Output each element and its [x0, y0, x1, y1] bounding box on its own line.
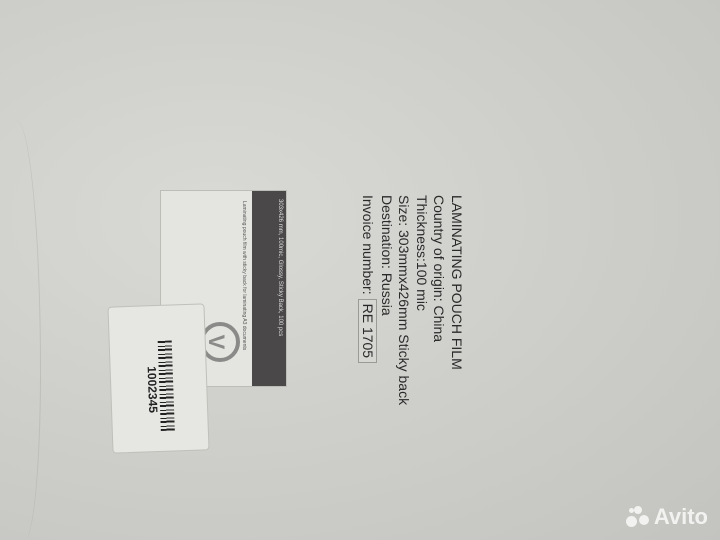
- invoice-label: Invoice number:: [361, 195, 377, 295]
- avito-dots-icon: [626, 506, 650, 528]
- barcode-number: 1002345: [145, 366, 161, 413]
- avito-brand-text: Avito: [654, 504, 708, 530]
- product-name: LAMINATING POUCH FILM: [448, 195, 466, 395]
- invoice-row: Invoice number:RE 1705: [358, 195, 378, 395]
- thickness: Thickness:100 mic: [413, 195, 431, 395]
- avito-watermark: Avito: [626, 504, 708, 530]
- invoice-number: RE 1705: [358, 299, 378, 363]
- barcode-icon: [158, 341, 175, 431]
- shipping-label: LAMINATING POUCH FILM Country of origin:…: [250, 190, 470, 400]
- size: Size: 303mmx426mm Sticky back: [395, 195, 413, 395]
- box-crease: [0, 120, 41, 540]
- destination: Destination: Russia: [378, 195, 396, 395]
- sticker-fine-print: Laminating pouch film with sticky back f…: [240, 201, 247, 371]
- country-of-origin: Country of origin: China: [430, 195, 448, 395]
- barcode-label: 1002345: [107, 303, 209, 453]
